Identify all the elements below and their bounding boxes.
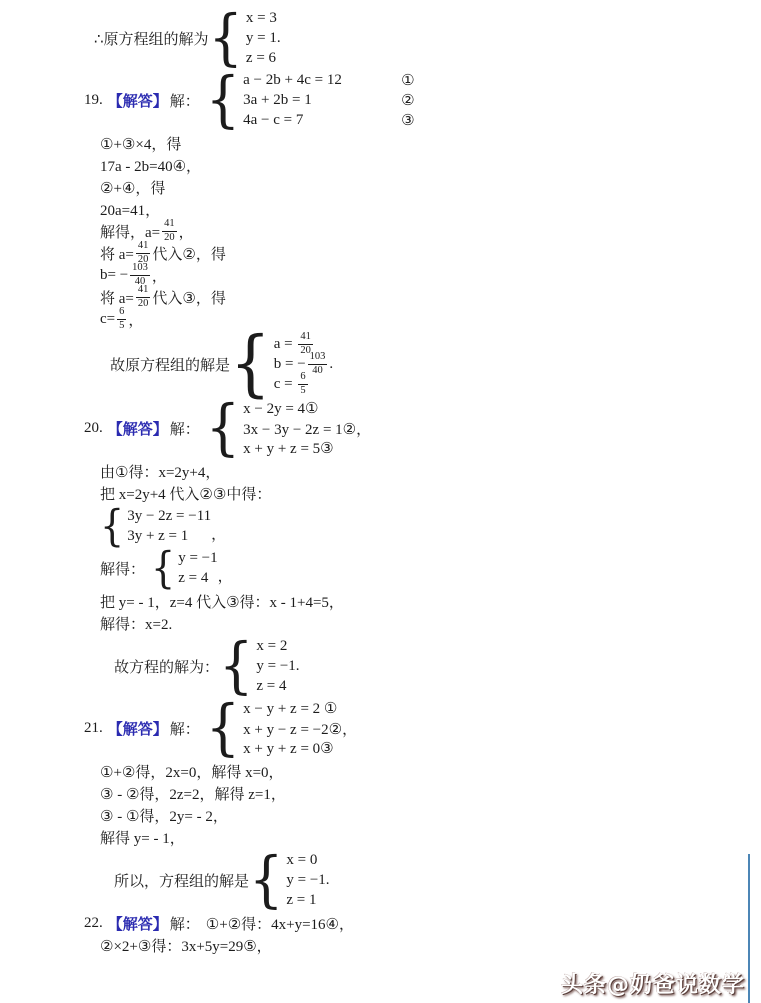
equation-row: z = 6 xyxy=(246,48,277,68)
answer-tag: 【解答】 xyxy=(108,718,168,739)
system-brace: { xyxy=(206,398,240,458)
equation-row: x + y + z = 5③ xyxy=(243,438,371,458)
comma: ， xyxy=(218,565,233,588)
system-brace: { xyxy=(230,328,271,400)
line-p19-step: b= − 10340 ， xyxy=(100,264,761,286)
line-p19-step: 20a=41， xyxy=(100,198,761,220)
line-p19-step: 将 a= 4120 代入③，得 xyxy=(100,286,761,308)
solve-label: 解： xyxy=(170,90,200,111)
equation-system: { a = 4120 b = −10340 c = 65 xyxy=(230,332,329,396)
problem-number: 20. xyxy=(84,420,103,437)
equation-row: x + y + z = 0③ xyxy=(243,738,357,758)
equation-row: 3a + 2b = 1② xyxy=(243,90,414,110)
line-p21-header: 21. 【解答】 解： { x − y + z = 2 ① x + y − z … xyxy=(84,698,761,758)
problem-number: 19. xyxy=(84,92,103,109)
system-brace: { xyxy=(209,8,243,68)
line-p19-step: ②+④，得 xyxy=(100,176,761,198)
equation-row: z = 4 xyxy=(256,676,295,696)
line-p20-subsystem: { 3y − 2z = −11 3y + z = 1 ， xyxy=(100,506,761,546)
fraction: 65 xyxy=(117,307,126,331)
line-p20-header: 20. 【解答】 解： { x − 2y = 4① 3x − 3y − 2z =… xyxy=(84,398,761,458)
line-p21-step: ③ - ②得，2z=2，解得 z=1， xyxy=(100,782,761,804)
solve-label: 解： xyxy=(170,913,200,934)
problem-number: 21. xyxy=(84,720,103,737)
equation-system: { y = −1 z = 4 xyxy=(151,548,218,588)
equation-mark: ① xyxy=(401,71,414,90)
comma: ， xyxy=(211,523,226,546)
line-p20-step: 把 y= - 1，z=4 代入③得：x - 1+4=5， xyxy=(100,590,761,612)
answer-tag: 【解答】 xyxy=(108,913,168,934)
equation-row: y = 1 xyxy=(246,28,277,48)
system-brace: { xyxy=(206,70,240,130)
document-content: ∴原方程组的解为 { x = 3 y = 1 z = 6 . 19. 【解答】 … xyxy=(0,0,761,956)
equation-system: { x − y + z = 2 ① x + y − z = −2②， x + y… xyxy=(206,698,357,758)
solve-label: 解： xyxy=(170,718,200,739)
line-p19-step: 将 a= 4120 代入②，得 xyxy=(100,242,761,264)
line-p20-step: 解得：x=2. xyxy=(100,612,761,634)
equation-row: 3x − 3y − 2z = 1②， xyxy=(243,418,371,438)
line-p21-conclusion: 所以，方程组的解是 { x = 0 y = −1 z = 1 . xyxy=(114,850,761,910)
equation-row: x = 2 xyxy=(256,636,295,656)
equation-system: { x = 3 y = 1 z = 6 xyxy=(209,8,277,68)
answer-tag: 【解答】 xyxy=(108,418,168,439)
line-p20-step: 由①得：x=2y+4， xyxy=(100,460,761,482)
equation-row: y = −1 xyxy=(256,656,295,676)
line-p20-step: 把 x=2y+4 代入②③中得： xyxy=(100,482,761,504)
equation-system: { x = 0 y = −1 z = 1 xyxy=(249,850,326,910)
fraction: 4120 xyxy=(162,219,177,243)
intro-lead: ∴原方程组的解为 xyxy=(94,28,209,49)
equation-row: x − y + z = 2 ① xyxy=(243,698,357,718)
problem-number: 22. xyxy=(84,915,103,932)
equation-system: { x − 2y = 4① 3x − 3y − 2z = 1②， x + y +… xyxy=(206,398,371,458)
system-brace: { xyxy=(219,636,253,696)
system-brace: { xyxy=(151,547,175,590)
line-p20-conclusion: 故方程的解为： { x = 2 y = −1 z = 4 . xyxy=(114,636,761,696)
equation-row: z = 4 xyxy=(178,568,217,588)
equation-row: 4a − c = 7③ xyxy=(243,110,414,130)
equation-row: y = −1 xyxy=(178,548,217,568)
system-brace: { xyxy=(100,505,124,548)
fraction: 65 xyxy=(298,372,307,396)
line-p19-step: 解得，a= 4120 ， xyxy=(100,220,761,242)
period: . xyxy=(329,356,333,373)
period: . xyxy=(296,658,300,675)
line-p21-step: ③ - ①得，2y= - 2， xyxy=(100,804,761,826)
answer-tag: 【解答】 xyxy=(108,90,168,111)
equation-row: c = 65 xyxy=(274,374,330,394)
equation-row: x + y − z = −2②， xyxy=(243,718,357,738)
line-p21-step: ①+②得，2x=0，解得 x=0， xyxy=(100,760,761,782)
equation-mark: ② xyxy=(401,91,414,110)
line-p19-header: 19. 【解答】 解： { a − 2b + 4c = 12① 3a + 2b … xyxy=(84,70,761,130)
fraction: 10340 xyxy=(308,352,328,376)
line-p22-step: ②×2+③得：3x+5y=29⑤， xyxy=(100,934,761,956)
equation-system: { 3y − 2z = −11 3y + z = 1 xyxy=(100,506,211,546)
line-p19-step: c= 65 ， xyxy=(100,308,761,330)
equation-system: { x = 2 y = −1 z = 4 xyxy=(219,636,296,696)
line-p19-step: ①+③×4，得 xyxy=(100,132,761,154)
equation-row: x = 0 xyxy=(286,850,325,870)
equation-row: a − 2b + 4c = 12① xyxy=(243,70,414,90)
system-brace: { xyxy=(206,698,240,758)
equation-mark: ③ xyxy=(401,111,414,130)
line-p19-step: 17a - 2b=40④， xyxy=(100,154,761,176)
period: . xyxy=(326,872,330,889)
period: . xyxy=(277,30,281,47)
equation-row: y = −1 xyxy=(286,870,325,890)
line-p21-step: 解得 y= - 1， xyxy=(100,826,761,848)
line-p19-conclusion: 故原方程组的解是 { a = 4120 b = −10340 c = 65 . xyxy=(110,332,761,396)
fraction: 4120 xyxy=(136,285,151,309)
equation-row: 3y − 2z = −11 xyxy=(127,506,211,526)
line-p20-subsolution: 解得： { y = −1 z = 4 ， xyxy=(100,548,761,588)
line-intro-conclusion: ∴原方程组的解为 { x = 3 y = 1 z = 6 . xyxy=(94,8,761,68)
document-page: ∴原方程组的解为 { x = 3 y = 1 z = 6 . 19. 【解答】 … xyxy=(0,0,761,1003)
scrollbar[interactable] xyxy=(748,854,750,1003)
equation-row: x = 3 xyxy=(246,8,277,28)
solve-label: 解： xyxy=(170,418,200,439)
system-brace: { xyxy=(249,850,283,910)
equation-system: { a − 2b + 4c = 12① 3a + 2b = 1② 4a − c … xyxy=(206,70,415,130)
equation-row: z = 1 xyxy=(286,890,325,910)
watermark: 头条@奶爸说数学 xyxy=(561,968,745,999)
line-p22-step: ①+②得：4x+y=16④， xyxy=(206,913,354,934)
line-p22-header: 22. 【解答】 解： ①+②得：4x+y=16④， xyxy=(84,912,761,934)
